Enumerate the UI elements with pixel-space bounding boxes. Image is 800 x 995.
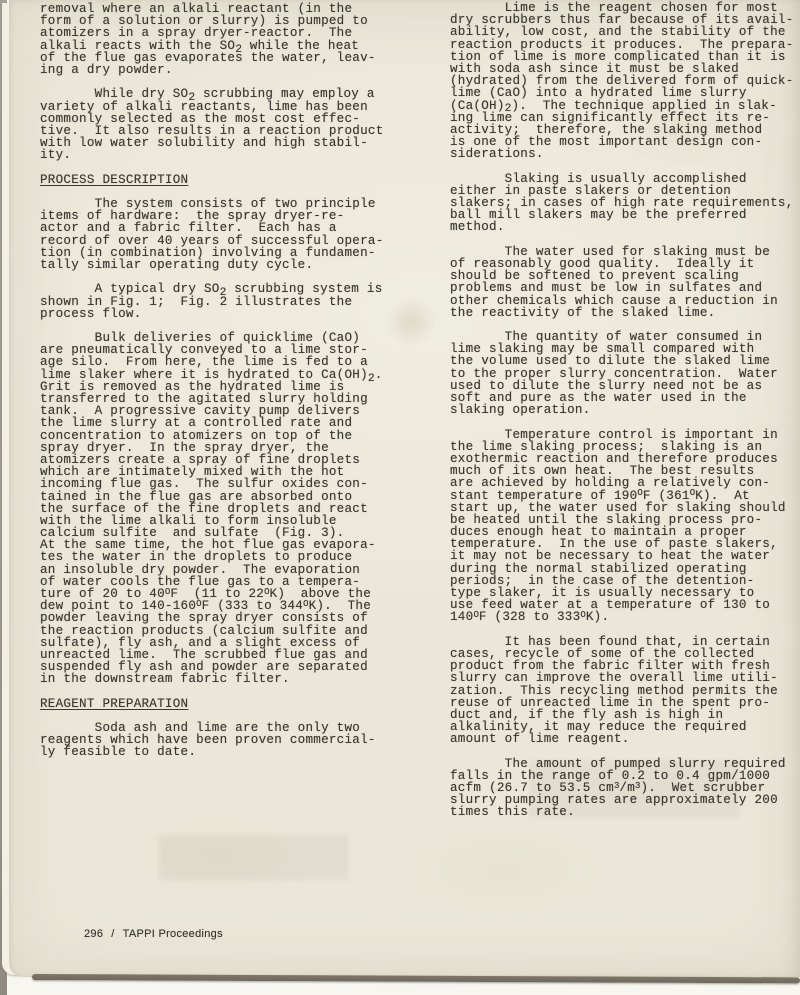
text-line: slurry can improve the overall lime util… — [450, 672, 800, 684]
text-line: The amount of pumped slurry required — [450, 758, 800, 770]
text-line: Temperature control is important in — [450, 429, 800, 441]
text-line: times this rate. — [450, 806, 800, 818]
paragraph: Lime is the reagent chosen for mostdry s… — [450, 2, 800, 160]
text-line: alkali reacts with the SO2 while the hea… — [40, 40, 400, 52]
text-line: ity. — [40, 149, 400, 161]
text-line: ly feasible to date. — [40, 746, 400, 758]
text-line: Slaking is usually accomplished — [450, 173, 800, 185]
text-line: siderations. — [450, 148, 800, 160]
text-line: ing a dry powder. — [40, 64, 400, 76]
paper-stain — [389, 820, 619, 920]
section-heading: PROCESS DESCRIPTION — [40, 174, 400, 186]
text-line: 140OF (328 to 333OK). — [450, 611, 800, 623]
text-line: tes the water in the droplets to produce — [40, 551, 400, 563]
text-line: tally similar operating duty cycle. — [40, 259, 400, 271]
paragraph: The system consists of two principleitem… — [40, 198, 400, 271]
page-footer: 296 / TAPPI Proceedings — [84, 928, 223, 940]
text-line: PROCESS DESCRIPTION — [40, 174, 400, 186]
paragraph: Bulk deliveries of quicklime (CaO)are pn… — [40, 332, 400, 685]
footer-separator: / — [111, 928, 114, 940]
text-line: during the normal stabilized operating — [450, 563, 800, 575]
paragraph: The amount of pumped slurry requiredfall… — [450, 758, 800, 819]
text-line: problems and must be low in sulfates and — [450, 282, 800, 294]
paragraph: Slaking is usually accomplishedeither in… — [450, 173, 800, 234]
text-line: are achieved by holding a relatively con… — [450, 477, 800, 489]
text-line: the reaction products (calcium sulfite a… — [40, 625, 400, 637]
scanned-page: removal where an alkali reactant (in the… — [9, 0, 800, 977]
paper-stain — [119, 810, 319, 900]
text-line: concentration to atomizers on top of the — [40, 430, 400, 442]
text-line: incoming flue gas. The sulfur oxides con… — [40, 478, 400, 490]
text-line: it may not be necessary to heat the wate… — [450, 550, 800, 562]
text-line: other chemicals which cause a reduction … — [450, 295, 800, 307]
text-line: record of over 40 years of successful op… — [40, 235, 400, 247]
paragraph: A typical dry SO2 scrubbing system issho… — [40, 283, 400, 320]
text-line: process flow. — [40, 308, 400, 320]
text-line: with low water solubility and high stabi… — [40, 137, 400, 149]
text-line: age silo. From here, the lime is fed to … — [40, 356, 400, 368]
reverse-side-show-through — [159, 835, 349, 881]
text-line: variety of alkali reactants, lime has be… — [40, 101, 400, 113]
text-line: to the proper slurry concentration. Wate… — [450, 368, 800, 380]
paragraph: While dry SO2 scrubbing may employ avari… — [40, 88, 400, 161]
text-line: an insoluble dry powder. The evaporation — [40, 564, 400, 576]
text-line: method. — [450, 221, 800, 233]
text-line: atomizers in a spray dryer-reactor. The — [40, 27, 400, 39]
text-line: in the downstream fabric filter. — [40, 673, 400, 685]
text-line: (Ca(OH)2). The technique applied in slak… — [450, 100, 800, 112]
page-number: 296 — [84, 928, 103, 940]
paragraph: Temperature control is important inthe l… — [450, 429, 800, 624]
section-heading: REAGENT PREPARATION — [40, 698, 400, 710]
text-line: stant temperature of 190OF (361OK). At — [450, 490, 800, 502]
text-line: REAGENT PREPARATION — [40, 698, 400, 710]
text-line: actor and a fabric filter. Each has a — [40, 222, 400, 234]
text-line: lime (CaO) into a hydrated lime slurry — [450, 87, 800, 99]
left-text-column: removal where an alkali reactant (in the… — [40, 3, 400, 771]
text-line: powder leaving the spray dryer consists … — [40, 612, 400, 624]
text-line: While dry SO2 scrubbing may employ a — [40, 88, 400, 100]
text-line: zation. This recycling method permits th… — [450, 685, 800, 697]
paragraph: It has been found that, in certaincases,… — [450, 636, 800, 746]
paragraph: Soda ash and lime are the only tworeagen… — [40, 722, 400, 759]
text-line: the reactivity of the slaked lime. — [450, 307, 800, 319]
text-line: reaction products it produces. The prepa… — [450, 39, 800, 51]
text-line: ability, low cost, and the stability of … — [450, 26, 800, 38]
paragraph: removal where an alkali reactant (in the… — [40, 3, 400, 76]
text-line: the lime slurry at a controlled rate and — [40, 417, 400, 429]
text-line: lime slaker where it is hydrated to Ca(O… — [40, 369, 400, 381]
text-line: the volume used to dilute the slaked lim… — [450, 355, 800, 367]
text-line: amount of lime reagent. — [450, 733, 800, 745]
text-line: tained in the flue gas are absorbed onto — [40, 491, 400, 503]
text-line: slaking operation. — [450, 404, 800, 416]
right-text-column: Lime is the reagent chosen for mostdry s… — [450, 2, 800, 831]
paragraph: The water used for slaking must beof rea… — [450, 246, 800, 319]
text-line: A typical dry SO2 scrubbing system is — [40, 283, 400, 295]
journal-name: TAPPI Proceedings — [123, 928, 223, 940]
paragraph: The quantity of water consumed inlime sl… — [450, 331, 800, 416]
